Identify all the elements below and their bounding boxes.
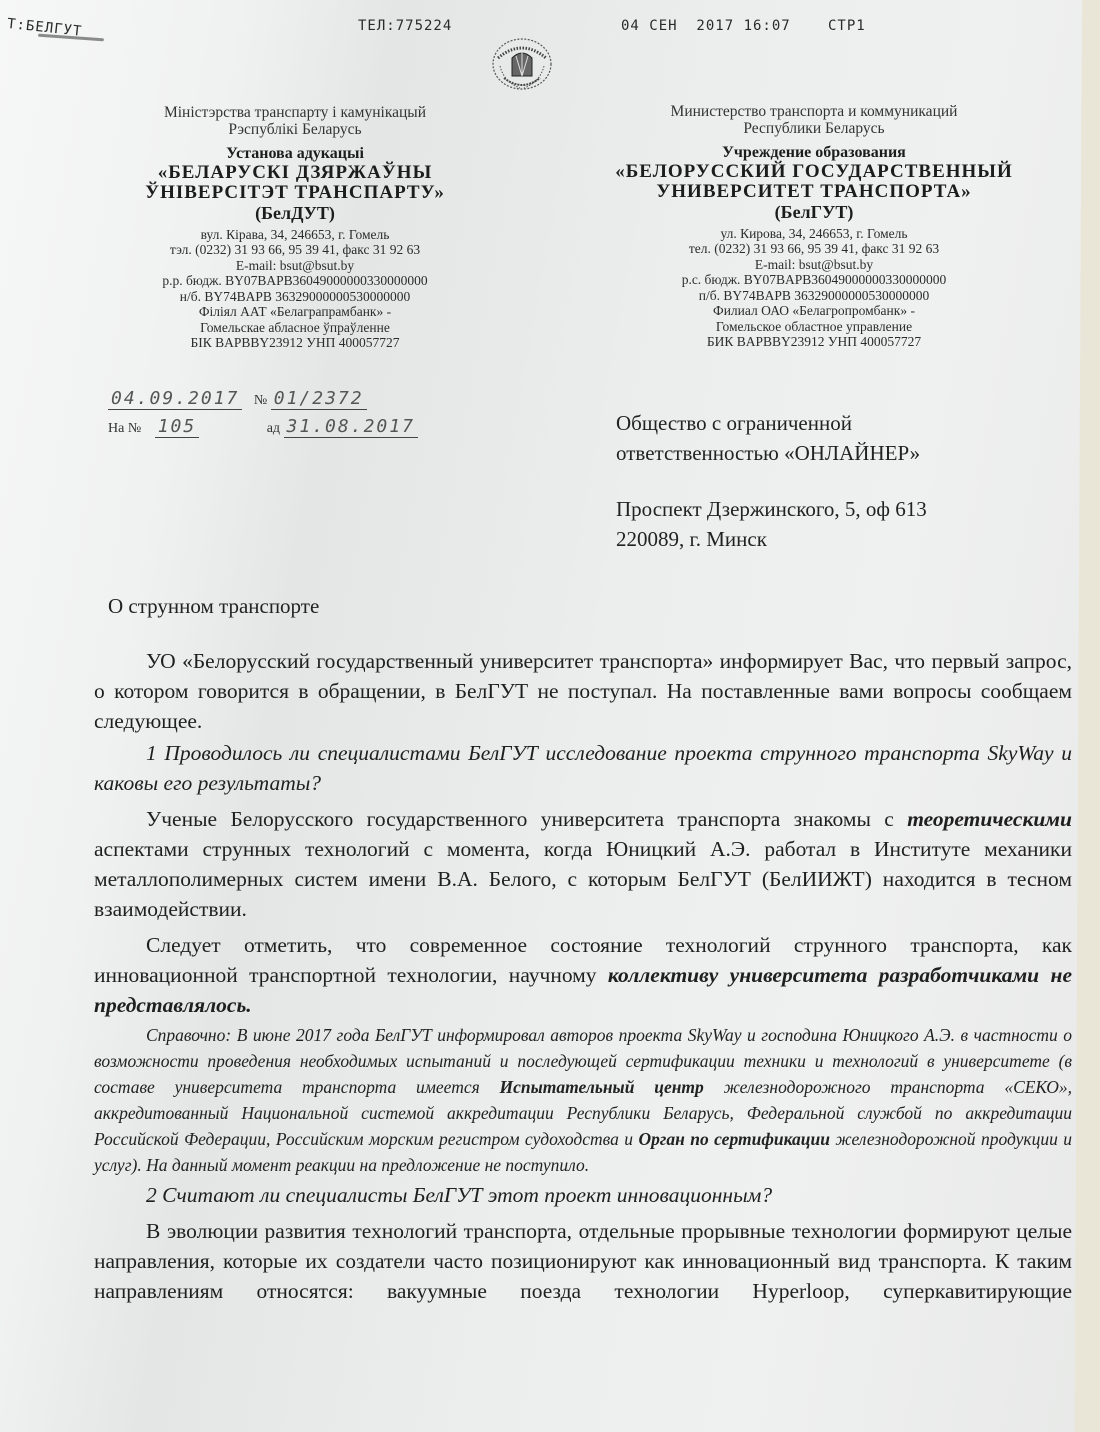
bank-1: Филиал ОАО «Белагропромбанк» - bbox=[594, 303, 1034, 319]
from-label: ад bbox=[267, 421, 280, 436]
reply-number: 105 bbox=[155, 416, 200, 438]
number-label: № bbox=[254, 393, 267, 408]
question-2: 2 Считают ли специалисты БелГУТ этот про… bbox=[94, 1180, 1072, 1210]
bank-2: Гомельскае абласное ўпраўленне bbox=[100, 320, 490, 336]
institution-name-1: «БЕЛОРУССКИЙ ГОСУДАРСТВЕННЫЙ bbox=[594, 162, 1034, 182]
state-emblem-icon bbox=[490, 36, 554, 92]
registration-block: 04.09.2017 № 01/2372 На № 105 ад 31.08.2… bbox=[108, 388, 488, 444]
email: E-mail: bsut@bsut.by bbox=[100, 258, 490, 274]
addressee-city: 220089, г. Минск bbox=[616, 524, 1076, 554]
ministry-line: Министерство транспорта и коммуникаций bbox=[594, 103, 1034, 120]
institution-name-2: ЎНІВЕРСІТЭТ ТРАНСПАРТУ» bbox=[100, 183, 490, 203]
contact-details: ул. Кирова, 34, 246653, г. Гомель тел. (… bbox=[594, 226, 1034, 350]
account-2: н/б. BY74BAPB 36329000000530000000 bbox=[100, 289, 490, 305]
ministry-line: Міністэрства транспарту і камунікацый bbox=[100, 104, 490, 121]
emphasis-certification-body: Орган по сертификации bbox=[638, 1129, 829, 1149]
paragraph-intro: УО «Белорусский государственный универси… bbox=[94, 646, 1072, 736]
reply-label: На № bbox=[108, 421, 141, 436]
ministry-country: Республики Беларусь bbox=[594, 120, 1034, 137]
letterhead-belarusian: Міністэрства транспарту і камунікацый Рэ… bbox=[100, 104, 490, 351]
ministry-country: Рэспублікі Беларусь bbox=[100, 121, 490, 138]
emphasis-test-center: Испытательный центр bbox=[500, 1077, 704, 1097]
email: E-mail: bsut@bsut.by bbox=[594, 257, 1034, 273]
fax-datetime: 04 СЕН 2017 16:07 bbox=[621, 18, 791, 34]
institution-type: Установа адукацыі bbox=[100, 145, 490, 163]
outgoing-line: 04.09.2017 № 01/2372 bbox=[108, 388, 488, 416]
phones: тэл. (0232) 31 93 66, 95 39 41, факс 31 … bbox=[100, 242, 490, 258]
bik: БІК BAPBBY23912 УНП 400057727 bbox=[100, 335, 490, 351]
letter-subject: О струнном транспорте bbox=[108, 594, 319, 619]
account-2: п/б. BY74BAPB 36329000000530000000 bbox=[594, 288, 1034, 304]
bik: БИК BAPBBY23912 УНП 400057727 bbox=[594, 334, 1034, 350]
reply-date: 31.08.2017 bbox=[284, 416, 418, 438]
bank-1: Філіял ААТ «Белаграпрамбанк» - bbox=[100, 304, 490, 320]
institution-type: Учреждение образования bbox=[594, 144, 1034, 162]
letter-body: УО «Белорусский государственный универси… bbox=[94, 646, 1072, 1306]
question-1: 1 Проводилось ли специалистами БелГУТ ис… bbox=[94, 738, 1072, 798]
addressee-line-2: ответственностью «ОНЛАЙНЕР» bbox=[616, 438, 1076, 468]
letterhead-russian: Министерство транспорта и коммуникаций Р… bbox=[594, 103, 1034, 350]
outgoing-number: 01/2372 bbox=[271, 388, 367, 410]
account-1: р.с. бюдж. BY07BAPB36049000000330000000 bbox=[594, 272, 1034, 288]
paragraph-answer-1b: Следует отметить, что современное состоя… bbox=[94, 930, 1072, 1020]
phones: тел. (0232) 31 93 66, 95 39 41, факс 31 … bbox=[594, 241, 1034, 257]
fax-phone: ТЕЛ:775224 bbox=[358, 18, 452, 34]
emphasis-theoretical: теоретическими bbox=[907, 807, 1072, 831]
addressee-street: Проспект Дзержинского, 5, оф 613 bbox=[616, 494, 1076, 524]
institution-name-1: «БЕЛАРУСКІ ДЗЯРЖАЎНЫ bbox=[100, 163, 490, 183]
bank-2: Гомельское областное управление bbox=[594, 319, 1034, 335]
account-1: р.р. бюдж. BY07BAPB36049000000330000000 bbox=[100, 273, 490, 289]
addressee-line-1: Общество с ограниченной bbox=[616, 408, 1076, 438]
paragraph-answer-2: В эволюции развития технологий транспорт… bbox=[94, 1216, 1072, 1306]
addressee-block: Общество с ограниченной ответственностью… bbox=[616, 408, 1076, 554]
institution-name-2: УНИВЕРСИТЕТ ТРАНСПОРТА» bbox=[594, 182, 1034, 202]
institution-abbr: (БелГУТ) bbox=[594, 202, 1034, 222]
reply-line: На № 105 ад 31.08.2017 bbox=[108, 416, 488, 444]
paragraph-answer-1: Ученые Белорусского государственного уни… bbox=[94, 804, 1072, 924]
outgoing-date: 04.09.2017 bbox=[108, 388, 242, 410]
contact-details: вул. Кірава, 34, 246653, г. Гомель тэл. … bbox=[100, 227, 490, 351]
fax-page: СТР1 bbox=[828, 18, 866, 34]
address: ул. Кирова, 34, 246653, г. Гомель bbox=[594, 226, 1034, 242]
reference-note: Справочно: В июне 2017 года БелГУТ инфор… bbox=[94, 1022, 1072, 1178]
address: вул. Кірава, 34, 246653, г. Гомель bbox=[100, 227, 490, 243]
institution-abbr: (БелДУТ) bbox=[100, 203, 490, 223]
